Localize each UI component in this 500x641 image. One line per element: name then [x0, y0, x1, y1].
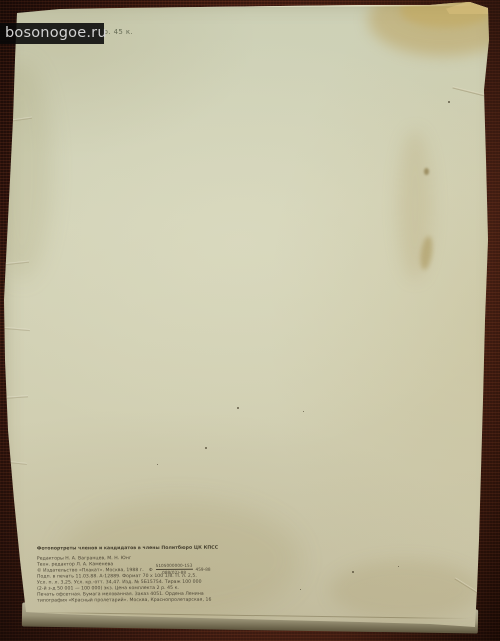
colophon-line: типография «Красный пролетарий». Москва,… [37, 598, 267, 605]
publication-code-fraction: 5105000000-153 088(02)-88 [156, 563, 193, 575]
edge-wrinkle [3, 261, 29, 266]
publication-code: Ф 5105000000-153 088(02)-88 459-88 [149, 563, 211, 575]
paper-speck [300, 589, 301, 590]
paper-speck [303, 411, 304, 412]
crease-bottom-right [455, 578, 490, 601]
paper-sheet: 2 р. 45 к. Фотопортреты членов и кандида… [0, 0, 500, 641]
paper-speck [157, 464, 158, 465]
torn-corner-chip [446, 1, 488, 14]
stain-top-right-core [400, 0, 492, 28]
stain-right-streak [398, 130, 432, 280]
paper-speck [448, 101, 450, 103]
paper-speck [352, 571, 354, 573]
paper-speck [398, 566, 399, 567]
edge-wrinkle [9, 461, 27, 465]
colophon-title: Фотопортреты членов и кандидатов в члены… [37, 545, 267, 552]
crease-top-right [452, 86, 497, 99]
photo-background: 2 р. 45 к. Фотопортреты членов и кандида… [0, 0, 500, 641]
edge-wrinkle [12, 117, 32, 122]
publication-code-suffix: 459-88 [195, 566, 210, 571]
watermark-label: bosonogoe.ru [0, 23, 104, 44]
stain-right-dash [419, 235, 435, 270]
paper-speck [237, 407, 239, 409]
publication-code-denominator: 088(02)-88 [156, 569, 193, 575]
stain-right-dot [424, 168, 429, 175]
publication-code-prefix: Ф [149, 566, 153, 571]
stain-bottom-right [330, 560, 480, 620]
edge-wrinkle [4, 327, 30, 331]
edge-wrinkle [6, 395, 28, 399]
colophon-block: Фотопортреты членов и кандидатов в члены… [37, 545, 267, 605]
stain-left-band [0, 60, 52, 280]
paper-speck [205, 447, 207, 449]
